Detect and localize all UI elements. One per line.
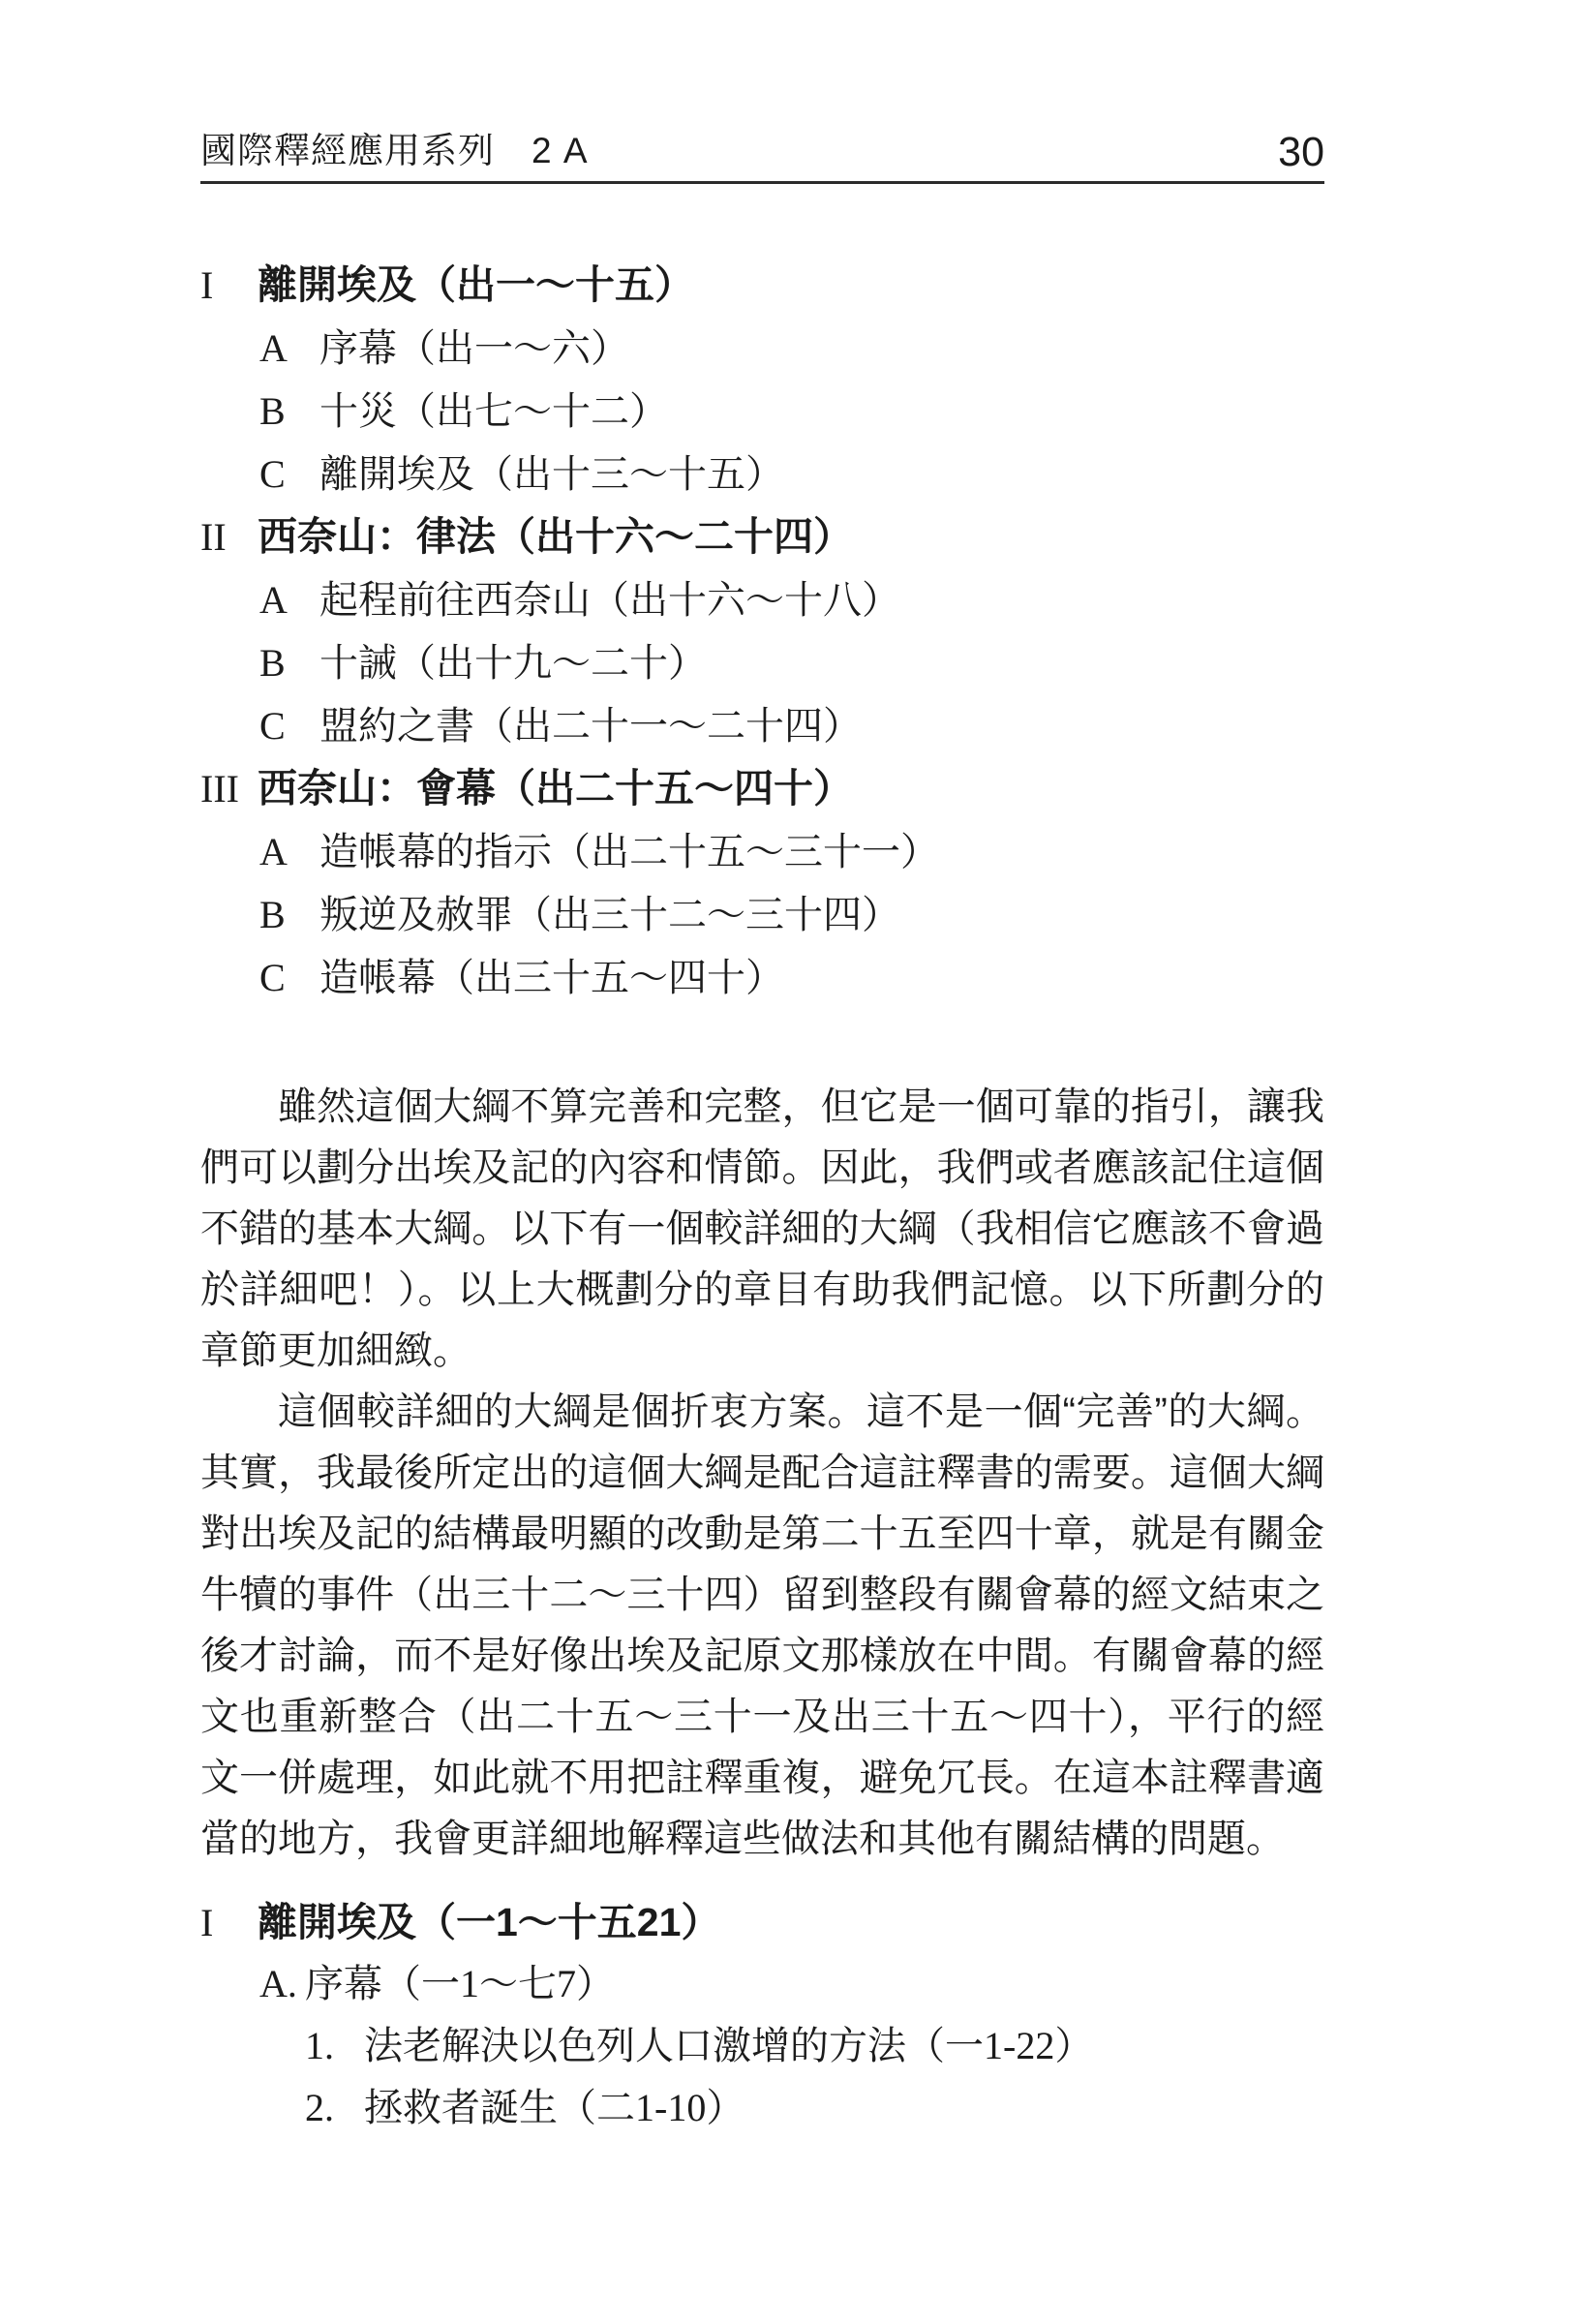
outline-item-text: 盟約之書（出二十一～二十四） [319, 694, 862, 757]
page-number: 30 [1278, 132, 1324, 173]
outline-item-marker: C [259, 443, 319, 505]
outline-item-text: 西奈山：會幕（出二十五～四十） [258, 757, 853, 820]
page-header: 國際釋經應用系列 2 A 30 [200, 132, 1324, 184]
outline-item-text: 十災（出七～十二） [319, 380, 668, 443]
outline-item-marker: A [259, 568, 319, 631]
outline-item: C盟約之書（出二十一～二十四） [200, 694, 1324, 757]
body-paragraphs: 雖然這個大綱不算完善和完整，但它是一個可靠的指引，讓我們可以劃分出埃及記的內容和… [200, 1077, 1324, 1870]
outline-item: A起程前往西奈山（出十六～十八） [200, 568, 1324, 631]
outline-item-marker: B [259, 883, 319, 946]
outline-item-text: 拯救者誕生（二1-10） [364, 2077, 744, 2139]
outline-item-text: 序幕（出一～六） [319, 317, 629, 380]
outline-item-marker: C [259, 694, 319, 757]
outline-item: I離開埃及（出一～十五） [200, 254, 1324, 317]
outline-item: 1.法老解決以色列人口激增的方法（一1-22） [200, 2015, 1324, 2077]
outline-item-marker: A [259, 820, 319, 883]
outline-item: I離開埃及（一1～十五21） [200, 1891, 1324, 1953]
outline-item-marker: II [200, 505, 258, 568]
outline-item: B十災（出七～十二） [200, 380, 1324, 443]
outline-item-text: 西奈山：律法（出十六～二十四） [258, 505, 853, 568]
outline-item: II西奈山：律法（出十六～二十四） [200, 505, 1324, 568]
outline-item: C離開埃及（出十三～十五） [200, 443, 1324, 505]
outline-item-marker: C [259, 946, 319, 1009]
outline-item-text: 序幕（一1～七7） [305, 1953, 615, 2015]
document-page: 國際釋經應用系列 2 A 30 I離開埃及（出一～十五）A序幕（出一～六）B十災… [0, 0, 1580, 2324]
outline-bottom: I離開埃及（一1～十五21）A.序幕（一1～七7）1.法老解決以色列人口激增的方… [200, 1891, 1324, 2139]
outline-item-marker: III [200, 757, 258, 820]
outline-top: I離開埃及（出一～十五）A序幕（出一～六）B十災（出七～十二）C離開埃及（出十三… [200, 254, 1324, 1009]
outline-item: C造帳幕（出三十五～四十） [200, 946, 1324, 1009]
outline-item-marker: I [200, 1892, 258, 1954]
outline-item: A.序幕（一1～七7） [200, 1953, 1324, 2015]
outline-item-text: 造帳幕（出三十五～四十） [319, 946, 784, 1009]
paragraph: 這個較詳細的大綱是個折衷方案。這不是一個“完善”的大綱。其實，我最後所定出的這個… [200, 1382, 1324, 1870]
outline-item-marker: A [259, 317, 319, 380]
outline-item-text: 法老解決以色列人口激增的方法（一1-22） [364, 2015, 1093, 2077]
outline-item: III西奈山：會幕（出二十五～四十） [200, 757, 1324, 820]
outline-item-marker: 2. [305, 2077, 364, 2139]
outline-item-text: 十誡（出十九～二十） [319, 631, 707, 694]
outline-item-marker: I [200, 254, 258, 317]
outline-item-marker: 1. [305, 2015, 364, 2077]
outline-item-text: 叛逆及赦罪（出三十二～三十四） [319, 883, 900, 946]
outline-item-text: 離開埃及（出十三～十五） [319, 443, 784, 505]
outline-item-marker: B [259, 631, 319, 694]
series-title: 國際釋經應用系列 2 A [200, 121, 589, 173]
outline-item-text: 離開埃及（一1～十五21） [258, 1891, 720, 1953]
outline-item: 2.拯救者誕生（二1-10） [200, 2077, 1324, 2139]
outline-item-text: 造帳幕的指示（出二十五～三十一） [319, 820, 939, 883]
outline-item: B十誡（出十九～二十） [200, 631, 1324, 694]
outline-item: A序幕（出一～六） [200, 317, 1324, 380]
outline-item: A造帳幕的指示（出二十五～三十一） [200, 820, 1324, 883]
outline-item-text: 離開埃及（出一～十五） [258, 254, 694, 317]
outline-item-text: 起程前往西奈山（出十六～十八） [319, 568, 900, 631]
outline-item-marker: B [259, 380, 319, 443]
paragraph: 雖然這個大綱不算完善和完整，但它是一個可靠的指引，讓我們可以劃分出埃及記的內容和… [200, 1077, 1324, 1382]
outline-item: B叛逆及赦罪（出三十二～三十四） [200, 883, 1324, 946]
outline-item-marker: A. [259, 1953, 305, 2015]
